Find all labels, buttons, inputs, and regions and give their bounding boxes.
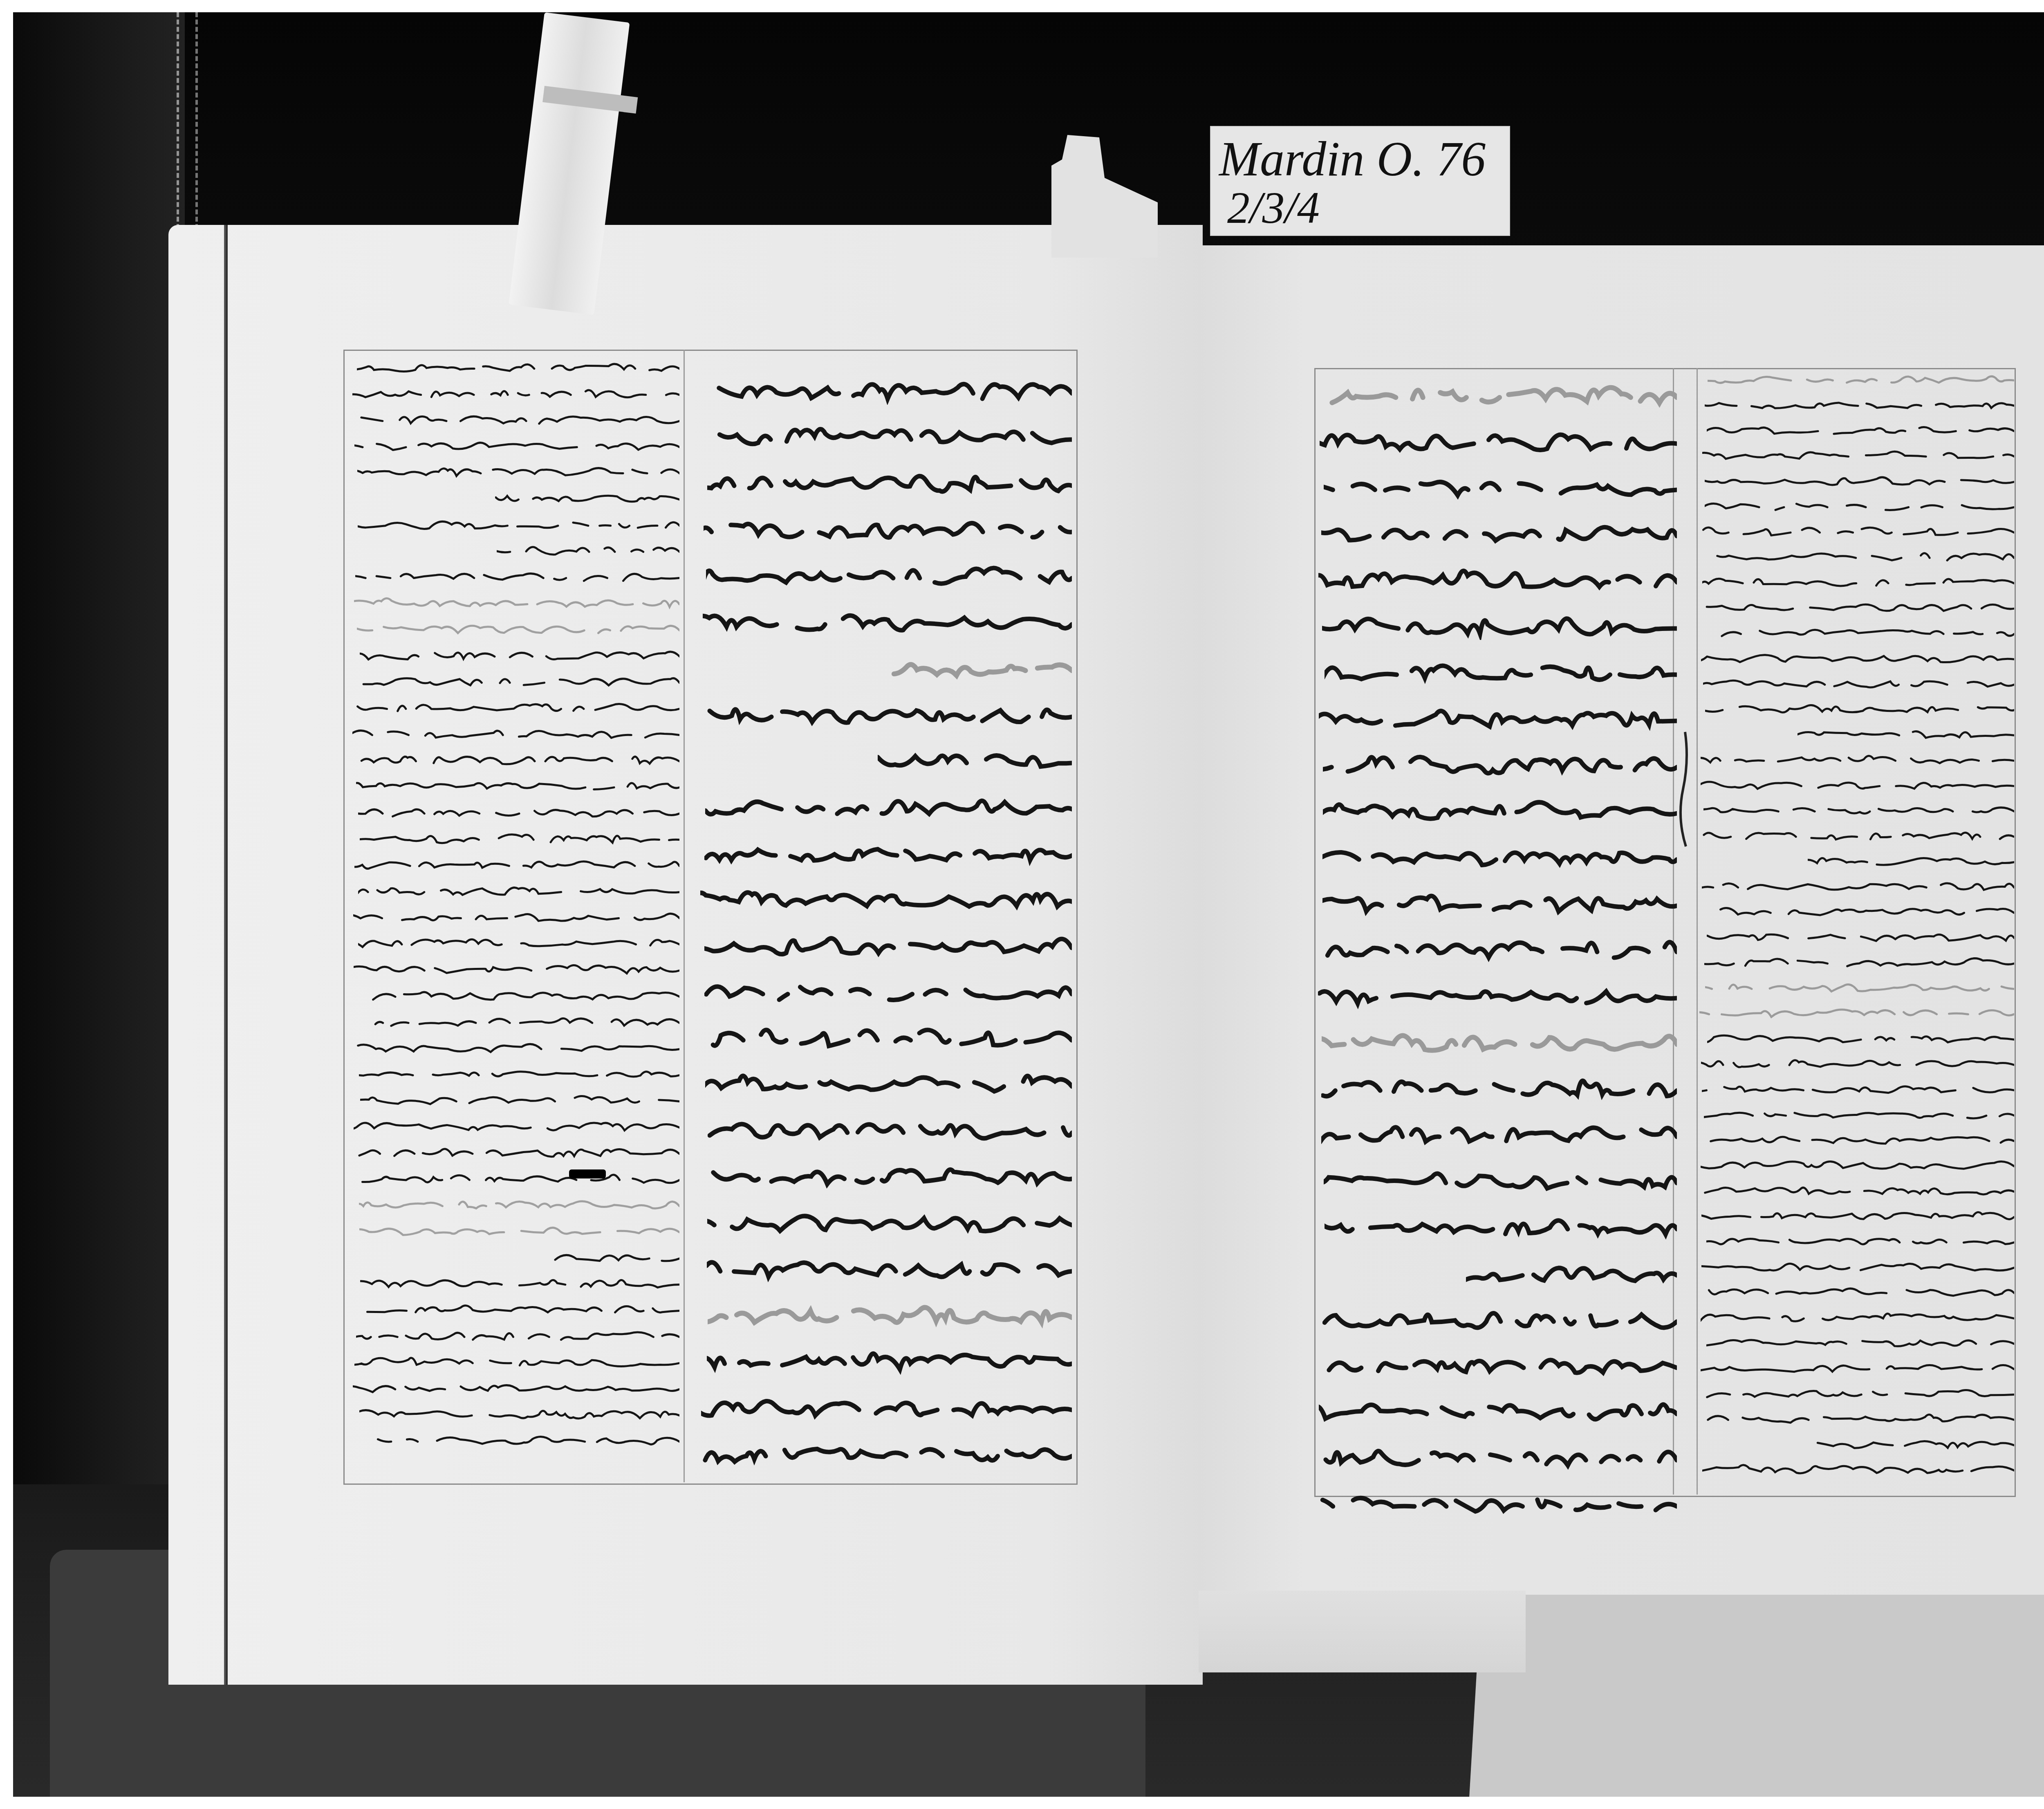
text-line	[704, 515, 1072, 543]
text-line	[1322, 611, 1677, 640]
text-line	[701, 1393, 1072, 1421]
text-line	[1702, 1462, 2014, 1476]
text-line	[1325, 658, 1677, 686]
text-line	[539, 1250, 679, 1264]
text-line	[354, 962, 679, 976]
text-line	[1702, 1082, 2014, 1096]
text-line	[1705, 702, 2014, 716]
text-line	[1325, 380, 1677, 409]
text-line	[1701, 1361, 2014, 1375]
text-line	[354, 857, 679, 872]
text-line	[1702, 828, 2014, 842]
text-line	[497, 543, 679, 558]
text-line	[1322, 842, 1677, 871]
text-line	[1321, 1120, 1677, 1148]
text-line	[1707, 1412, 2014, 1425]
text-line	[705, 1069, 1072, 1098]
text-line	[1704, 1107, 2014, 1121]
text-line	[1704, 955, 2014, 969]
text-line	[1701, 1209, 2014, 1223]
text-line	[703, 607, 1072, 636]
text-line	[1699, 1006, 2014, 1020]
text-line	[355, 569, 679, 584]
text-line	[1320, 426, 1677, 455]
right-main-column	[1317, 380, 1677, 1554]
right-page-bottom	[1199, 1591, 1526, 1672]
text-line	[360, 831, 679, 846]
text-line	[1323, 796, 1677, 825]
text-line	[1708, 372, 2014, 386]
text-line	[703, 1162, 1072, 1190]
text-line	[355, 1145, 679, 1160]
text-line	[354, 1119, 679, 1133]
text-line	[1701, 651, 2014, 665]
text-line	[495, 491, 679, 505]
text-line	[354, 1040, 679, 1055]
text-line	[1706, 904, 2014, 918]
text-line	[1322, 1027, 1677, 1056]
text-line	[1322, 1351, 1677, 1379]
left-page-edge-lines	[168, 225, 228, 1685]
text-line	[1466, 1258, 1677, 1287]
text-line	[1808, 854, 2014, 868]
text-line	[700, 1023, 1072, 1052]
text-line	[360, 1276, 679, 1291]
text-line	[1704, 1386, 2014, 1400]
text-line	[357, 465, 679, 479]
page-hole	[569, 1169, 606, 1178]
text-line	[1702, 1183, 2014, 1197]
text-line	[356, 1328, 679, 1343]
text-line	[358, 517, 679, 532]
text-line	[360, 648, 679, 662]
text-line	[352, 386, 679, 401]
text-line	[707, 1254, 1072, 1283]
shelfmark-label: Mardin O. 76 2/3/4	[1210, 126, 1510, 236]
text-line	[353, 909, 679, 924]
text-line	[359, 674, 679, 689]
text-line	[1706, 1234, 2014, 1248]
text-line	[1705, 981, 2014, 994]
text-line	[1702, 448, 2014, 462]
text-line	[704, 977, 1072, 1005]
text-line	[359, 1197, 679, 1212]
text-line	[1323, 1443, 1677, 1472]
text-line	[1706, 1335, 2014, 1349]
text-line	[1700, 524, 2014, 538]
text-line	[705, 700, 1072, 728]
text-line	[353, 1380, 679, 1395]
text-line	[359, 1171, 679, 1186]
text-line	[707, 469, 1072, 497]
text-line	[1701, 1310, 2014, 1324]
text-line	[1319, 704, 1677, 732]
text-line	[1701, 550, 2014, 563]
text-line	[1797, 727, 2014, 741]
text-line	[704, 838, 1072, 867]
text-line	[704, 422, 1072, 451]
text-line	[704, 931, 1072, 959]
text-line	[1815, 1437, 2014, 1451]
text-line	[358, 936, 679, 950]
text-line	[359, 1066, 679, 1081]
text-line	[1319, 1397, 1677, 1425]
text-line	[1701, 1158, 2014, 1172]
text-line	[707, 1208, 1072, 1237]
text-line	[1701, 1057, 2014, 1071]
text-line	[354, 700, 679, 715]
text-line	[708, 1300, 1072, 1329]
text-line	[1702, 575, 2014, 589]
text-line	[355, 1433, 679, 1448]
text-line	[357, 360, 679, 375]
right-column-divider-2	[1697, 368, 1698, 1495]
text-line	[354, 1014, 679, 1029]
text-line	[1325, 1212, 1677, 1241]
text-line	[878, 746, 1072, 774]
text-line	[354, 1302, 679, 1317]
text-line	[1705, 474, 2014, 487]
text-line	[1321, 519, 1677, 548]
shelfmark-text: Mardin O. 76	[1219, 131, 1486, 187]
text-line	[354, 438, 679, 453]
text-line	[1706, 1133, 2014, 1147]
text-line	[354, 1354, 679, 1369]
text-line	[1707, 930, 2014, 944]
text-line	[1323, 750, 1677, 779]
text-line	[1701, 778, 2014, 792]
text-line	[354, 595, 679, 610]
text-line	[1707, 423, 2014, 437]
text-line	[1318, 565, 1677, 594]
text-line	[1701, 1285, 2014, 1299]
text-line	[1318, 981, 1677, 1010]
text-line	[359, 412, 679, 427]
right-gloss-column	[1699, 372, 2014, 1493]
text-line	[1701, 1259, 2014, 1273]
text-line	[359, 1223, 679, 1238]
text-line	[1703, 600, 2014, 614]
text-line	[1702, 879, 2014, 893]
manuscript-photo: ⁘ Mardin O. 76 2/3/4	[13, 12, 2044, 1797]
text-line	[358, 883, 679, 898]
text-line	[352, 726, 679, 741]
text-line	[356, 779, 679, 793]
text-line	[705, 792, 1072, 821]
text-line	[1705, 397, 2014, 411]
text-line	[1706, 626, 2014, 640]
text-line	[702, 1439, 1072, 1468]
text-line	[1705, 499, 2014, 513]
text-line	[706, 561, 1072, 590]
left-gloss-column	[352, 360, 679, 1480]
text-line	[360, 1093, 679, 1107]
text-line	[707, 1347, 1072, 1375]
text-line	[358, 805, 679, 819]
text-line	[359, 1407, 679, 1421]
text-line	[1323, 935, 1677, 963]
text-line	[1701, 752, 2014, 766]
text-line	[705, 376, 1072, 405]
text-line	[1324, 1166, 1677, 1194]
left-column-divider	[684, 350, 685, 1482]
text-line	[1322, 889, 1677, 917]
text-line	[356, 988, 679, 1003]
text-line	[892, 653, 1072, 682]
text-line	[357, 622, 679, 636]
margin-note	[1677, 728, 1693, 851]
text-line	[1324, 473, 1677, 501]
text-line	[1322, 1304, 1677, 1333]
text-line	[1703, 803, 2014, 817]
text-line	[1319, 1489, 1677, 1518]
text-line	[1321, 1073, 1677, 1102]
text-line	[1703, 676, 2014, 690]
text-line	[359, 752, 679, 767]
text-line	[1707, 1031, 2014, 1045]
text-line	[700, 884, 1072, 913]
left-main-column	[700, 376, 1072, 1488]
text-line	[708, 1115, 1072, 1144]
folio-text: 2/3/4	[1227, 182, 1320, 234]
